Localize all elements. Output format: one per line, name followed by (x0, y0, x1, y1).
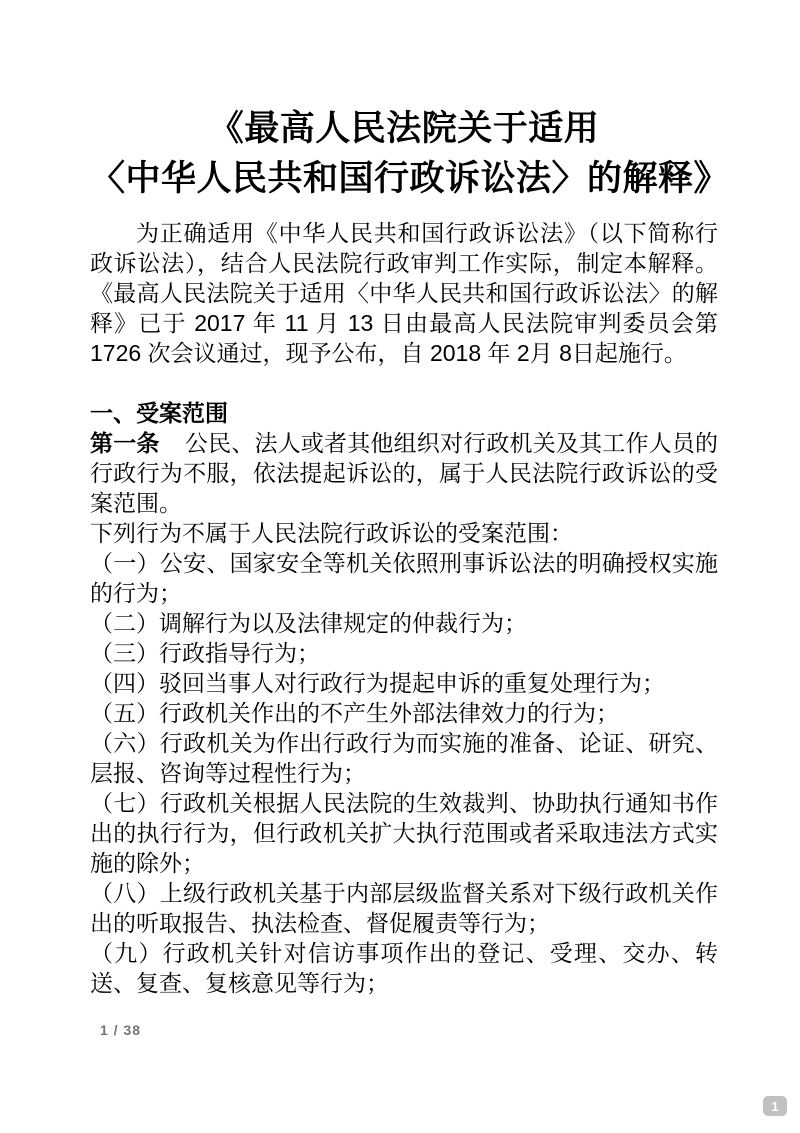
article-1-paragraph: 第一条公民、法人或者其他组织对行政机关及其工作人员的行政行为不服，依法提起诉讼的… (90, 428, 718, 518)
exclusion-item-9: （九）行政机关针对信访事项作出的登记、受理、交办、转送、复查、复核意见等行为； (90, 938, 718, 998)
exclusion-item-3: （三）行政指导行为； (90, 638, 718, 668)
document-title: 《最高人民法院关于适用 〈中华人民共和国行政诉讼法〉的解释》 (90, 104, 718, 204)
exclusion-item-1: （一）公安、国家安全等机关依照刑事诉讼法的明确授权实施的行为； (90, 548, 718, 608)
article-1-label: 第一条 (90, 430, 160, 456)
exclusion-item-6: （六）行政机关为作出行政行为而实施的准备、论证、研究、层报、咨询等过程性行为； (90, 728, 718, 788)
page-count-badge: 1 (763, 1096, 787, 1116)
document-title-line-1: 《最高人民法院关于适用 (90, 104, 718, 154)
exclusion-item-8: （八）上级行政机关基于内部层级监督关系对下级行政机关作出的听取报告、执法检查、督… (90, 878, 718, 938)
exclusion-item-5: （五）行政机关作出的不产生外部法律效力的行为； (90, 698, 718, 728)
preamble-paragraph: 为正确适用《中华人民共和国行政诉讼法》（以下简称行政诉讼法），结合人民法院行政审… (90, 218, 718, 368)
document-content: 《最高人民法院关于适用 〈中华人民共和国行政诉讼法〉的解释》 为正确适用《中华人… (90, 104, 718, 998)
exclusion-item-4: （四）驳回当事人对行政行为提起申诉的重复处理行为； (90, 668, 718, 698)
document-title-line-2: 〈中华人民共和国行政诉讼法〉的解释》 (90, 154, 718, 204)
document-page: 《最高人民法院关于适用 〈中华人民共和国行政诉讼法〉的解释》 为正确适用《中华人… (0, 0, 800, 1133)
exclusion-item-2: （二）调解行为以及法律规定的仲裁行为； (90, 608, 718, 638)
exclusion-list-intro: 下列行为不属于人民法院行政诉讼的受案范围： (90, 518, 718, 548)
article-1-text: 公民、法人或者其他组织对行政机关及其工作人员的行政行为不服，依法提起诉讼的，属于… (90, 430, 718, 516)
section-1-heading: 一、受案范围 (90, 398, 718, 428)
exclusion-item-7: （七）行政机关根据人民法院的生效裁判、协助执行通知书作出的执行行为，但行政机关扩… (90, 788, 718, 878)
page-number-indicator: 1 / 38 (100, 1021, 141, 1039)
